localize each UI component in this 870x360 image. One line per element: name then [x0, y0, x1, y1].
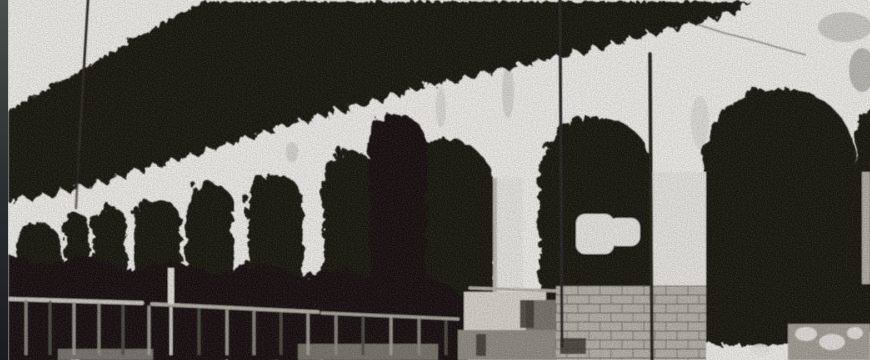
- photo-left-border-edge: [8, 0, 9, 360]
- photo-canvas: [0, 0, 870, 360]
- screenshot-root: [0, 0, 870, 360]
- photo-mission-arcade: [0, 0, 870, 360]
- photo-left-border: [0, 0, 8, 360]
- film-grain-light-overlay: [0, 0, 870, 360]
